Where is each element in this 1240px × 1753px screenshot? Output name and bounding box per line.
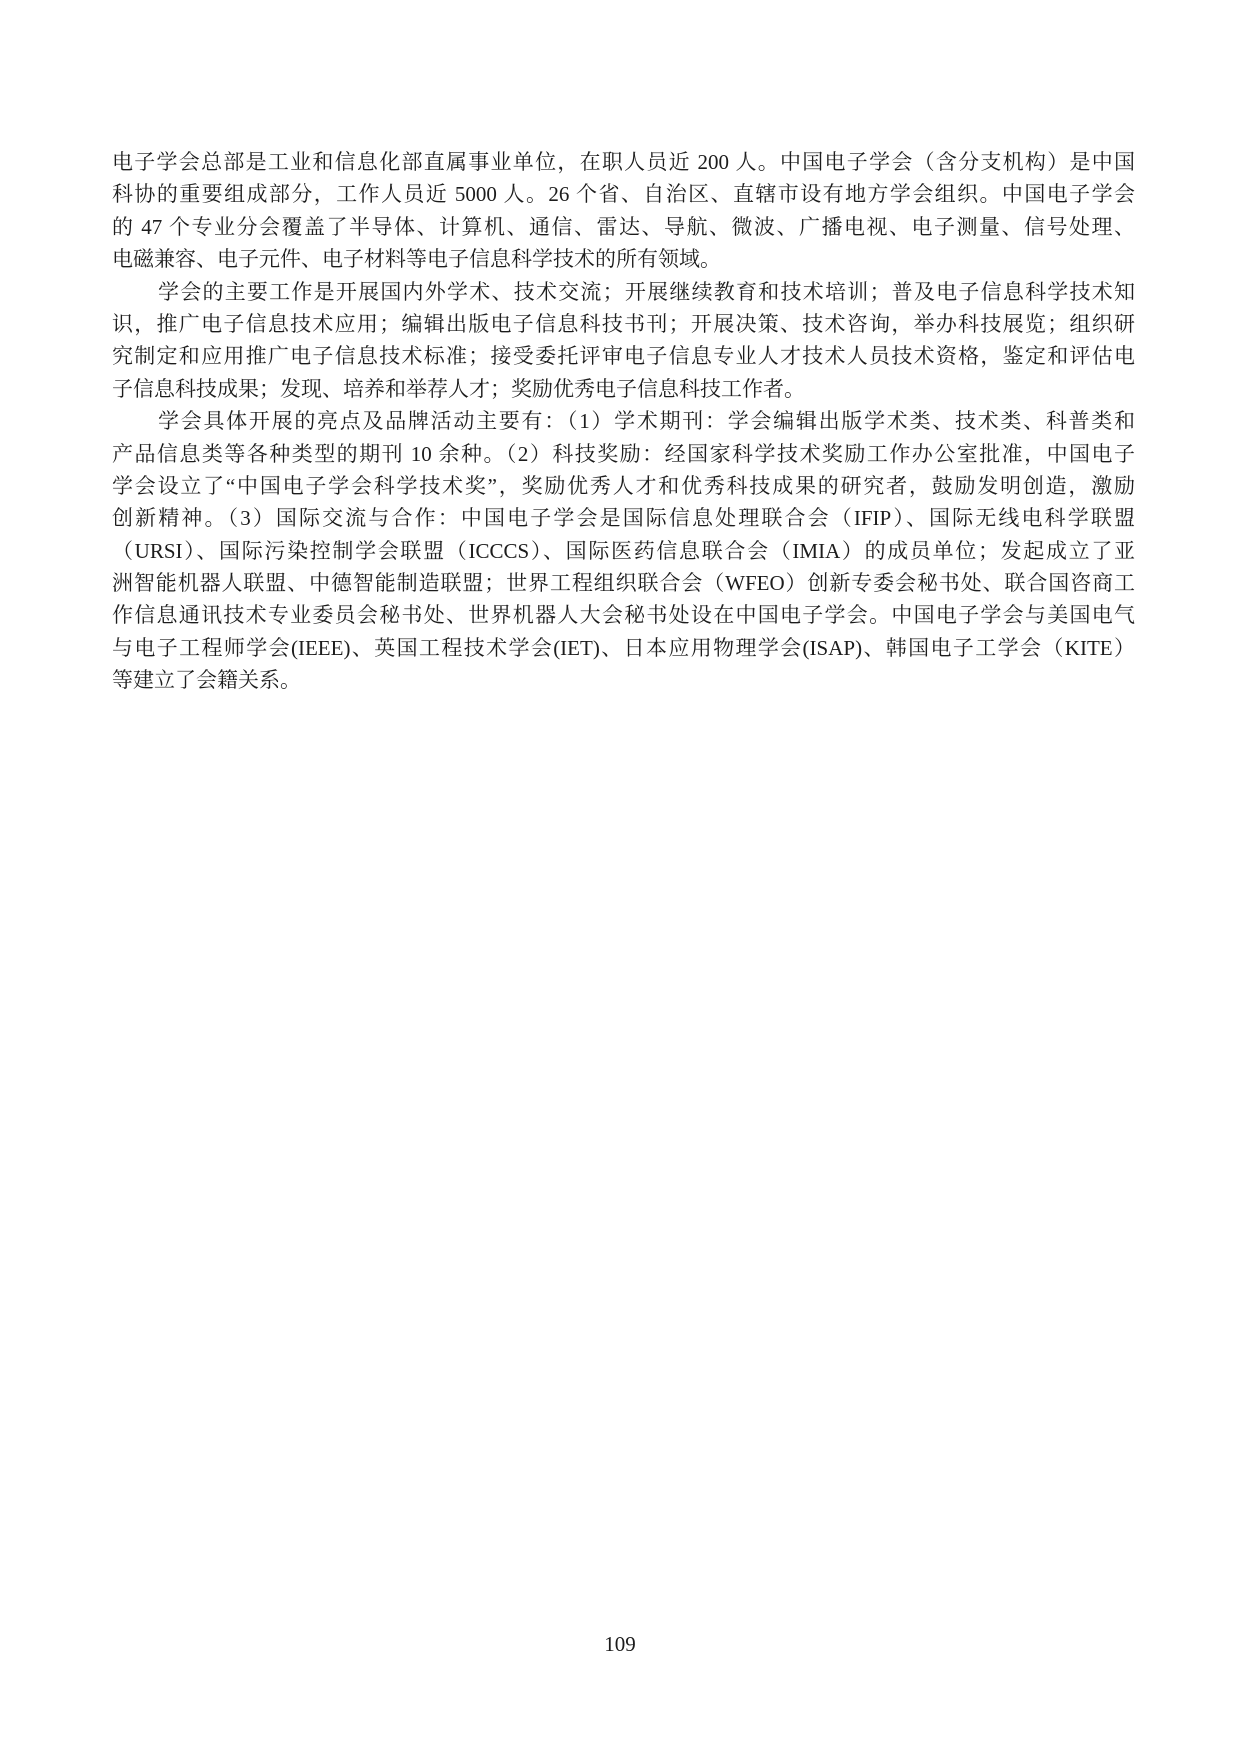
- text-line: 识，推广电子信息技术应用；编辑出版电子信息科技书刊；开展决策、技术咨询，举办科技…: [112, 308, 1135, 340]
- text-line: （URSI）、国际污染控制学会联盟（ICCCS）、国际医药信息联合会（IMIA）…: [112, 535, 1135, 567]
- text-line: 等建立了会籍关系。: [112, 664, 1135, 696]
- text-line: 创新精神。（3）国际交流与合作：中国电子学会是国际信息处理联合会（IFIP）、国…: [112, 502, 1135, 534]
- text-line: 学会具体开展的亮点及品牌活动主要有：（1）学术期刊：学会编辑出版学术类、技术类、…: [112, 405, 1135, 437]
- document-body: 电子学会总部是工业和信息化部直属事业单位，在职人员近 200 人。中国电子学会（…: [112, 146, 1135, 697]
- text-line: 作信息通讯技术专业委员会秘书处、世界机器人大会秘书处设在中国电子学会。中国电子学…: [112, 599, 1135, 631]
- text-line: 洲智能机器人联盟、中德智能制造联盟；世界工程组织联合会（WFEO）创新专委会秘书…: [112, 567, 1135, 599]
- document-page: 电子学会总部是工业和信息化部直属事业单位，在职人员近 200 人。中国电子学会（…: [0, 0, 1240, 1753]
- text-line: 学会设立了“中国电子学会科学技术奖”，奖励优秀人才和优秀科技成果的研究者，鼓励发…: [112, 470, 1135, 502]
- text-line: 科协的重要组成部分，工作人员近 5000 人。26 个省、自治区、直辖市设有地方…: [112, 178, 1135, 210]
- text-line: 学会的主要工作是开展国内外学术、技术交流；开展继续教育和技术培训；普及电子信息科…: [112, 276, 1135, 308]
- text-line: 的 47 个专业分会覆盖了半导体、计算机、通信、雷达、导航、微波、广播电视、电子…: [112, 211, 1135, 243]
- text-line: 电磁兼容、电子元件、电子材料等电子信息科学技术的所有领域。: [112, 243, 1135, 275]
- text-line: 子信息科技成果；发现、培养和举荐人才；奖励优秀电子信息科技工作者。: [112, 373, 1135, 405]
- text-line: 电子学会总部是工业和信息化部直属事业单位，在职人员近 200 人。中国电子学会（…: [112, 146, 1135, 178]
- text-line: 与电子工程师学会(IEEE)、英国工程技术学会(IET)、日本应用物理学会(IS…: [112, 632, 1135, 664]
- page-number: 109: [0, 1632, 1240, 1656]
- text-line: 究制定和应用推广电子信息技术标准；接受委托评审电子信息专业人才技术人员技术资格，…: [112, 340, 1135, 372]
- text-line: 产品信息类等各种类型的期刊 10 余种。（2）科技奖励：经国家科学技术奖励工作办…: [112, 438, 1135, 470]
